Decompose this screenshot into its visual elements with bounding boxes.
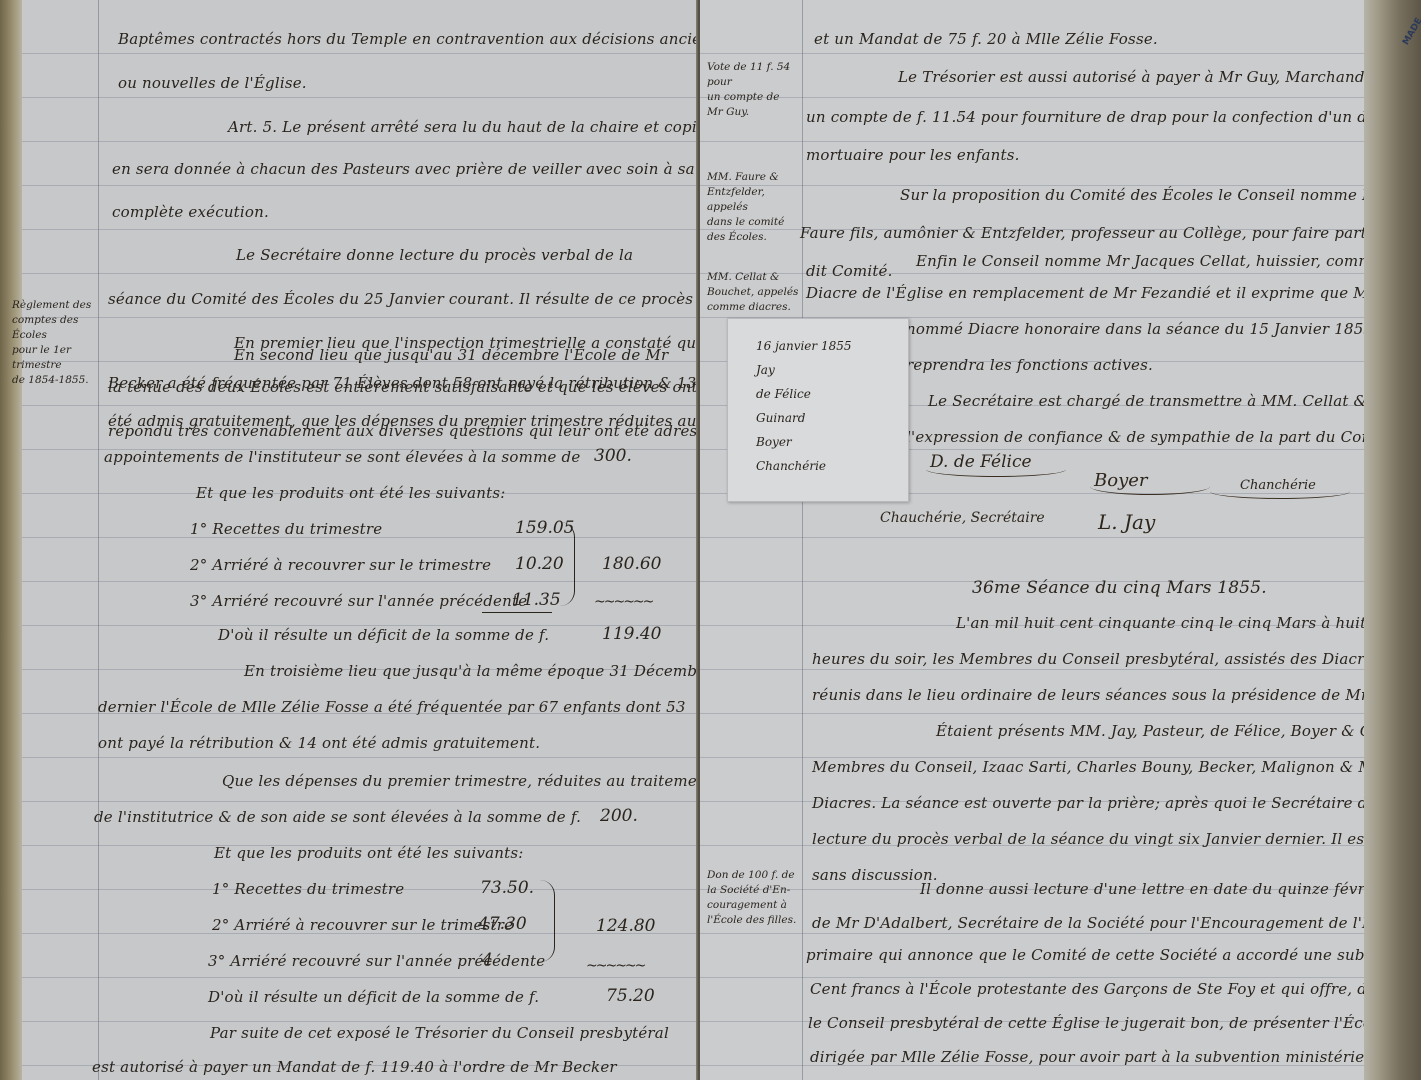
table2-brace [540,880,555,962]
session-title: 36me Séance du cinq Mars 1855. [972,578,1267,598]
text-line: un compte de f. 11.54 pour fourniture de… [806,108,1393,126]
table2-row-label: 2° Arriéré à recouvrer sur le trimestre [212,916,513,934]
text-line: dit Comité. [806,262,893,280]
text-line: Il donne aussi lecture d'une lettre en d… [920,880,1421,898]
amount-200: 200. [600,806,638,826]
text-line: En troisième lieu que jusqu'à la même ép… [244,662,714,680]
table1-sum-underline [482,612,552,613]
signature-flourish [1210,484,1350,499]
text-line: le Conseil presbytéral de cette Église l… [808,1014,1421,1032]
signature-flourish [926,462,1066,477]
text-line: en sera donnée à chacun des Pasteurs ave… [112,160,695,178]
book-binding-left [0,0,22,1080]
text-line: appointements de l'instituteur se sont é… [104,448,580,466]
margin-note-don-100: Don de 100 f. de la Société d'En- courag… [707,868,799,928]
text-line: l'expression de confiance & de sympathie… [906,428,1403,446]
text-line: est autorisé à payer un Mandat de f. 119… [92,1058,617,1076]
table2-row-amount: 47.30 [478,914,527,934]
text-line: de Mr D'Adalbert, Secrétaire de la Socié… [812,914,1421,932]
table1-row-amount: 11.35 [512,590,561,610]
table2-deficit: 75.20 [606,986,655,1006]
text-line: ou nouvelles de l'Église. [118,74,307,92]
table2-total: 124.80 [596,916,655,936]
table2-total-rule: ~~~~~~ [586,958,644,974]
slip-name: Jay [756,363,775,377]
text-line: reprendra les fonctions actives. [906,356,1153,374]
margin-note-faure-entzfelder: MM. Faure & Entzfelder, appelés dans le … [707,170,799,245]
text-line: L'an mil huit cent cinquante cinq le cin… [956,614,1366,632]
text-line: réunis dans le lieu ordinaire de leurs s… [812,686,1400,704]
table1-row-label: 1° Recettes du trimestre [190,520,382,538]
text-line: Cent francs à l'École protestante des Ga… [810,980,1421,998]
signature-secretary: Chauchérie, Secrétaire [880,510,1045,526]
left-page-margin-rule [98,0,99,1080]
text-line: Baptêmes contractés hors du Temple en co… [118,30,738,48]
text-line: Le Trésorier est aussi autorisé à payer … [898,68,1421,86]
text-line: Membres du Conseil, Izaac Sarti, Charles… [812,758,1421,776]
slip-name: de Félice [756,387,811,401]
text-line: lecture du procès verbal de la séance du… [812,830,1421,848]
margin-note-reglement: Règlement des comptes des Écoles pour le… [12,298,102,388]
text-line: Enfin le Conseil nomme Mr Jacques Cellat… [916,252,1382,270]
text-line: séance du Comité des Écoles du 25 Janvie… [108,290,752,308]
table2-row-amount: 4 [482,950,493,970]
table1-deficit-label: D'où il résulte un déficit de la somme d… [218,626,549,644]
table2-row-label: 1° Recettes du trimestre [212,880,404,898]
table2-row-amount: 73.50. [480,878,534,898]
pasted-attendance-slip: 16 janvier 1855 Jay de Félice Guinard Bo… [727,318,909,502]
text-line: Diacres. La séance est ouverte par la pr… [812,794,1405,812]
text-line: Becker a été fréquentée par 71 Élèves do… [108,374,727,392]
text-line: mortuaire pour les enfants. [806,146,1020,164]
text-line: Le Secrétaire est chargé de transmettre … [928,392,1421,410]
text-line: et un Mandat de 75 f. 20 à Mlle Zélie Fo… [814,30,1158,48]
table1-row-label: 2° Arriéré à recouvrer sur le trimestre [190,556,491,574]
text-line: Et que les produits ont été les suivants… [214,844,524,862]
slip-name: Chanchérie [756,459,826,473]
table1-row-amount: 10.20 [515,554,564,574]
text-line: complète exécution. [112,203,269,221]
table1-total-rule: ~~~~~~ [594,594,652,610]
table1-total: 180.60 [602,554,661,574]
text-line: dirigée par Mlle Zélie Fosse, pour avoir… [810,1048,1407,1066]
table1-brace [560,522,575,606]
table1-deficit: 119.40 [602,624,661,644]
text-line: heures du soir, les Membres du Conseil p… [812,650,1421,668]
text-line: Art. 5. Le présent arrêté sera lu du hau… [228,118,706,136]
signature-flourish [1090,478,1210,495]
text-line: Par suite de cet exposé le Trésorier du … [210,1024,669,1042]
slip-name: Guinard [756,411,805,425]
text-line: sans discussion. [812,866,938,884]
text-line: Sur la proposition du Comité des Écoles … [900,186,1398,204]
margin-note-cellat-bouchet: MM. Cellat & Bouchet, appelés comme diac… [707,270,799,315]
text-line: primaire qui annonce que le Comité de ce… [806,946,1421,964]
table2-deficit-label: D'où il résulte un déficit de la somme d… [208,988,539,1006]
text-line: dernier l'École de Mlle Zélie Fosse a ét… [98,698,686,716]
table1-row-label: 3° Arriéré recouvré sur l'année précéden… [190,592,527,610]
margin-note-vote-guy: Vote de 11 f. 54 pour un compte de Mr Gu… [707,60,799,120]
text-line: Faure fils, aumônier & Entzfelder, profe… [800,224,1406,242]
text-line: Étaient présents MM. Jay, Pasteur, de Fé… [936,722,1421,740]
text-line: nommé Diacre honoraire dans la séance du… [906,320,1378,338]
text-line: Que les dépenses du premier trimestre, r… [222,772,713,790]
text-line: Diacre de l'Église en remplacement de Mr… [806,284,1421,302]
text-line: En second lieu que jusqu'au 31 décembre … [234,346,668,364]
text-line: été admis gratuitement, que les dépenses… [108,412,705,430]
book-page-edges-right [1364,0,1421,1080]
text-line: Le Secrétaire donne lecture du procès ve… [236,246,633,264]
slip-name: Boyer [756,435,792,449]
table2-row-label: 3° Arriéré recouvré sur l'année précéden… [208,952,545,970]
right-page-margin-rule [802,0,803,1080]
text-line: de l'institutrice & de son aide se sont … [94,808,581,826]
amount-300: 300. [594,446,632,466]
slip-date: 16 janvier 1855 [756,339,852,353]
text-line: ont payé la rétribution & 14 ont été adm… [98,734,540,752]
signature-jay: L. Jay [1098,510,1155,534]
text-line: Et que les produits ont été les suivants… [196,484,506,502]
